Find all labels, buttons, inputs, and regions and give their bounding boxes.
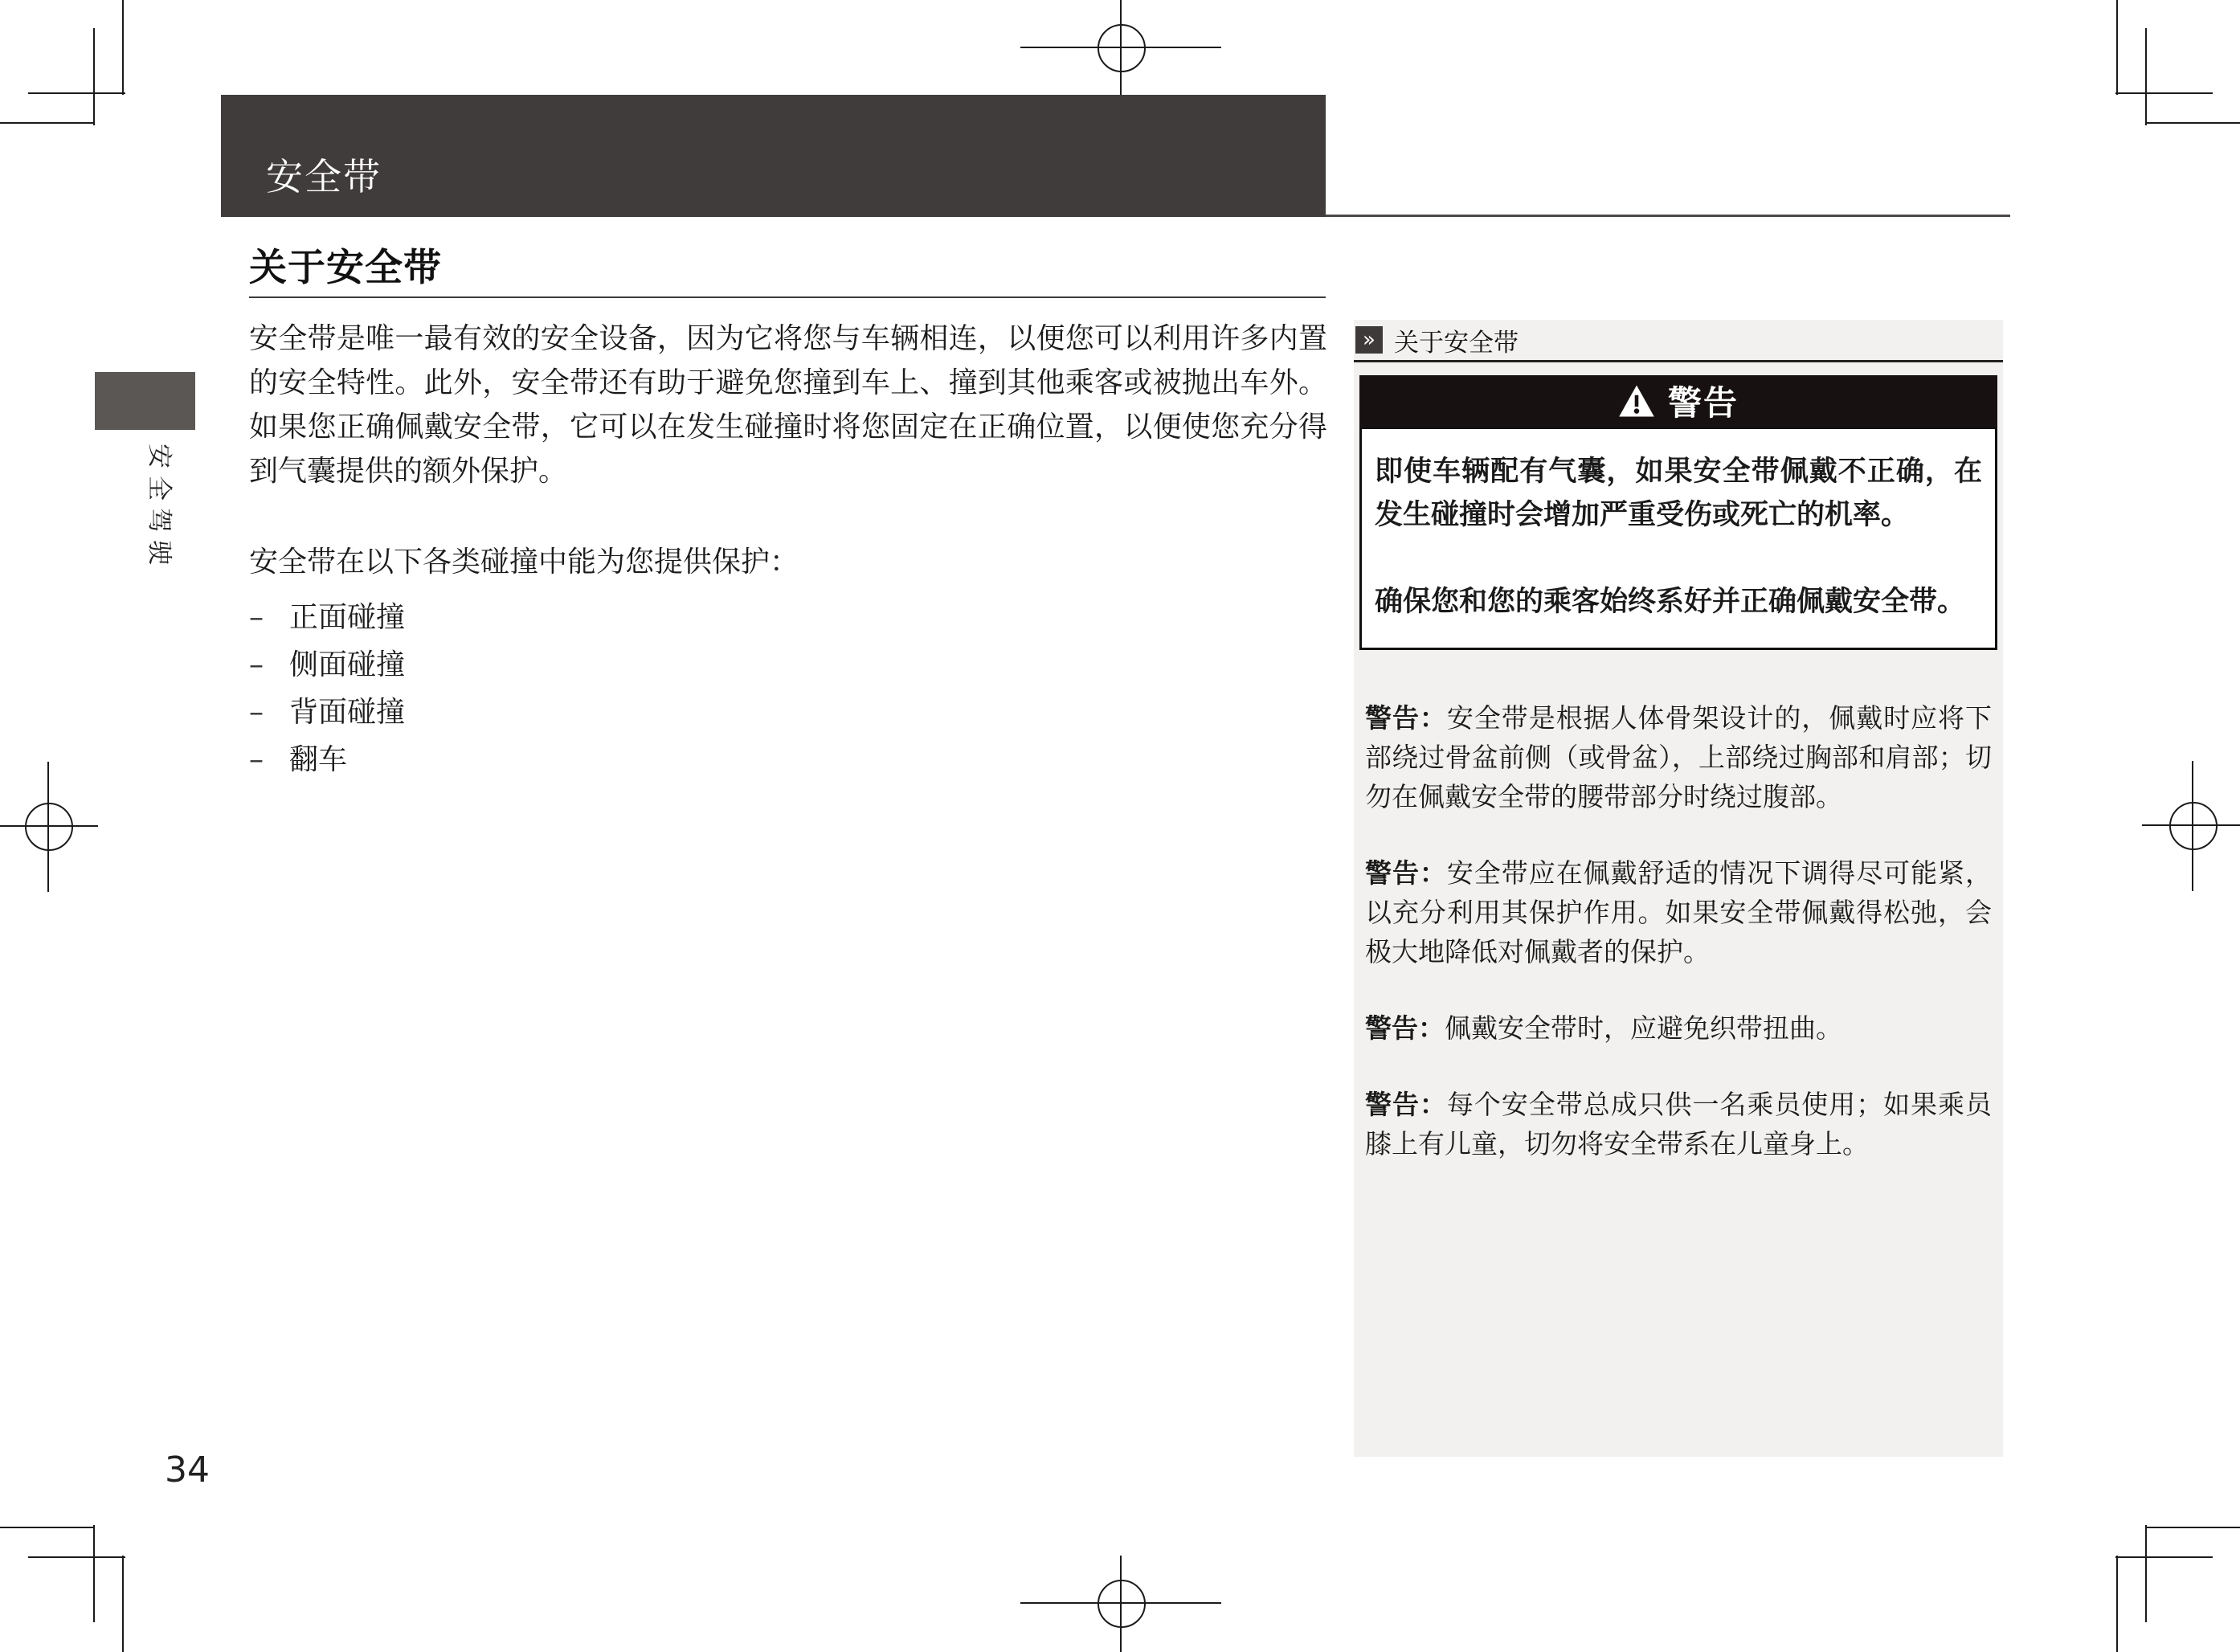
warning-note-text: 佩戴安全带时，应避免织带扭曲。	[1445, 1012, 1842, 1044]
header-extension-line	[1326, 215, 2010, 217]
chapter-title: 安全带	[266, 148, 382, 201]
warning-note-text: 安全带是根据人体骨架设计的，佩戴时应将下部绕过骨盆前侧（或骨盆），上部绕过胸部和…	[1365, 702, 1992, 812]
chapter-header-bar: 安全带	[221, 95, 1326, 217]
warning-note-label: 警告：	[1365, 1012, 1445, 1044]
warning-note: 警告：每个安全带总成只供一名乘员使用；如果乘员膝上有儿童，切勿将安全带系在儿童身…	[1365, 1085, 1992, 1163]
warning-note: 警告：安全带应在佩戴舒适的情况下调得尽可能紧，以充分利用其保护作用。如果安全带佩…	[1365, 853, 1992, 971]
warning-box: 即使车辆配有气囊，如果安全带佩戴不正确，在发生碰撞时会增加严重受伤或死亡的机率。…	[1359, 427, 1997, 650]
warning-triangle-icon	[1618, 384, 1655, 418]
warning-box-paragraph: 确保您和您的乘客始终系好并正确佩戴安全带。	[1375, 580, 1982, 624]
list-dash: –	[249, 736, 289, 783]
warning-title: 警告	[1668, 377, 1739, 425]
warning-note: 警告：佩戴安全带时，应避免织带扭曲。	[1365, 1008, 1992, 1048]
list-item-label: 背面碰撞	[289, 689, 405, 736]
manual-page: 安全带 安全驾驶 关于安全带 安全带是唯一最有效的安全设备，因为它将您与车辆相连…	[0, 0, 2240, 1652]
list-dash: –	[249, 641, 289, 689]
page-number: 34	[165, 1450, 210, 1490]
intro-paragraph: 安全带是唯一最有效的安全设备，因为它将您与车辆相连，以便您可以利用许多内置的安全…	[249, 317, 1327, 493]
warning-note-label: 警告：	[1365, 857, 1447, 889]
sidebar-reference-title: 关于安全带	[1394, 322, 1519, 358]
sidebar-reference-header: » 关于安全带	[1354, 320, 2003, 362]
list-dash: –	[249, 594, 289, 641]
chevron-right-icon: »	[1355, 326, 1383, 354]
list-item-label: 翻车	[289, 736, 347, 783]
list-item-label: 正面碰撞	[289, 594, 405, 641]
section-heading: 关于安全带	[249, 238, 442, 292]
list-item: – 翻车	[249, 736, 1327, 783]
warning-notes: 警告：安全带是根据人体骨架设计的，佩戴时应将下部绕过骨盆前侧（或骨盆），上部绕过…	[1354, 698, 2003, 1163]
warning-note-label: 警告：	[1365, 702, 1447, 734]
warning-header-bar: 警告	[1359, 375, 1997, 427]
warning-box-paragraph: 即使车辆配有气囊，如果安全带佩戴不正确，在发生碰撞时会增加严重受伤或死亡的机率。	[1375, 450, 1982, 537]
chapter-tab	[95, 372, 195, 430]
warning-note-text: 安全带应在佩戴舒适的情况下调得尽可能紧，以充分利用其保护作用。如果安全带佩戴得松…	[1365, 857, 1992, 967]
warning-note: 警告：安全带是根据人体骨架设计的，佩戴时应将下部绕过骨盆前侧（或骨盆），上部绕过…	[1365, 698, 1992, 816]
list-item-label: 侧面碰撞	[289, 641, 405, 689]
list-item: – 正面碰撞	[249, 594, 1327, 641]
collision-list: – 正面碰撞 – 侧面碰撞 – 背面碰撞 – 翻车	[249, 594, 1327, 783]
collision-list-intro: 安全带在以下各类碰撞中能为您提供保护：	[249, 540, 1327, 584]
list-dash: –	[249, 689, 289, 736]
sidebar: » 关于安全带 警告 即使车辆配有气囊，如果安全带佩戴不正确，在发生碰撞时会增加…	[1354, 320, 2003, 1457]
section-heading-rule	[249, 296, 1326, 298]
list-item: – 背面碰撞	[249, 689, 1327, 736]
list-item: – 侧面碰撞	[249, 641, 1327, 689]
warning-note-text: 每个安全带总成只供一名乘员使用；如果乘员膝上有儿童，切勿将安全带系在儿童身上。	[1365, 1089, 1992, 1159]
chapter-tab-label: 安全驾驶	[144, 444, 180, 572]
warning-note-label: 警告：	[1365, 1089, 1447, 1120]
main-column: 安全带是唯一最有效的安全设备，因为它将您与车辆相连，以便您可以利用许多内置的安全…	[249, 317, 1327, 783]
